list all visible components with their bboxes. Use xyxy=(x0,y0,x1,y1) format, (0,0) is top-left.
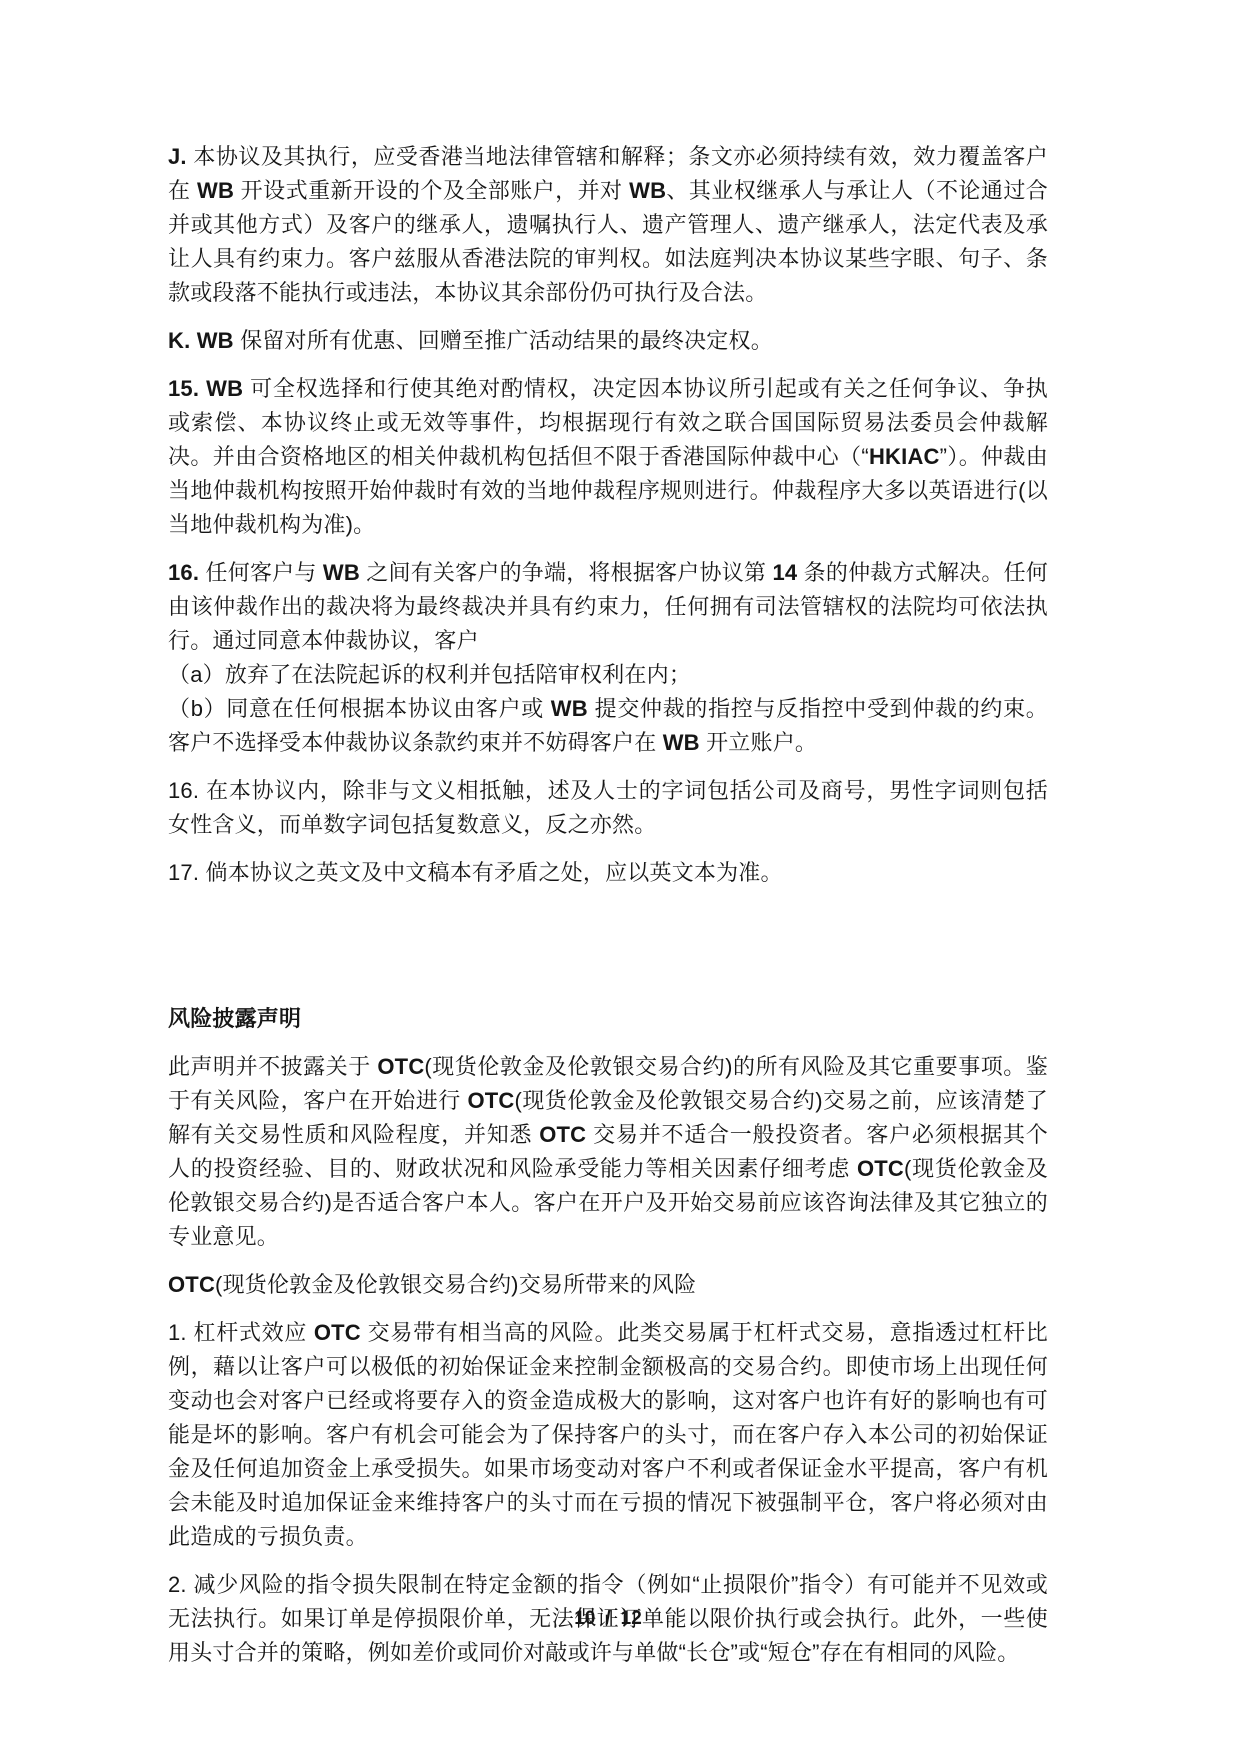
clause-16-dispute: 16. 任何客户与 WB 之间有关客户的争端，将根据客户协议第 14 条的仲裁方… xyxy=(168,556,1048,658)
page-number-total: 12 xyxy=(621,1608,642,1629)
text-run: 1. 杠杆式效应 OTC 交易带有相当高的风险。此类交易属于杠杆式交易，意指透过… xyxy=(168,1320,1048,1549)
page-number-current: 10 xyxy=(574,1608,595,1629)
text-run: K. xyxy=(168,328,190,353)
otc-risk-subheading: OTC(现货伦敦金及伦敦银交易合约)交易所带来的风险 xyxy=(168,1268,1048,1302)
clause-16-item-a: （a）放弃了在法院起诉的权利并包括陪审权利在内； xyxy=(168,658,1048,692)
text-run: WB 可全权选择和行使其绝对酌情权，决定因本协议所引起或有关之任何争议、争执或索… xyxy=(168,376,1048,537)
text-run: 风险披露声明 xyxy=(168,1006,301,1031)
clause-j: J. 本协议及其执行，应受香港当地法律管辖和解释；条文亦必须持续有效，效力覆盖客… xyxy=(168,140,1048,310)
text-run: 14 xyxy=(772,560,797,585)
text-run: 16. 在本协议内，除非与文义相抵触，述及人士的字词包括公司及商号，男性字词则包… xyxy=(168,778,1048,837)
risk-intro: 此声明并不披露关于 OTC(现货伦敦金及伦敦银交易合约)的所有风险及其它重要事项… xyxy=(168,1050,1048,1254)
clause-16-interpretation: 16. 在本协议内，除非与文义相抵触，述及人士的字词包括公司及商号，男性字词则包… xyxy=(168,774,1048,842)
text-run: 任何客户与 WB 之间有关客户的争端，将根据客户协议第 xyxy=(199,560,772,585)
page-footer: 10/12 xyxy=(168,1608,1048,1630)
text-run: 17. 倘本协议之英文及中文稿本有矛盾之处，应以英文本为准。 xyxy=(168,860,783,885)
document-content: J. 本协议及其执行，应受香港当地法律管辖和解释；条文亦必须持续有效，效力覆盖客… xyxy=(168,126,1048,1670)
text-run: 15. xyxy=(168,376,199,401)
text-run: （b）同意在任何根据本协议由客户或 WB 提交仲裁的指控与反指控中受到仲裁的约束… xyxy=(168,696,1048,755)
text-run: 此声明并不披露关于 OTC(现货伦敦金及伦敦银交易合约)的所有风险及其它重要事项… xyxy=(168,1054,1048,1249)
risk-disclosure-heading: 风险披露声明 xyxy=(168,1002,1048,1036)
text-run: J. xyxy=(168,144,187,169)
clause-k: K. WB 保留对所有优惠、回赠至推广活动结果的最终决定权。 xyxy=(168,324,1048,358)
text-run: WB 保留对所有优惠、回赠至推广活动结果的最终决定权。 xyxy=(190,328,773,353)
text-run: （a）放弃了在法院起诉的权利并包括陪审权利在内； xyxy=(168,662,691,687)
page-number-separator: / xyxy=(605,1608,610,1629)
text-run: 16. xyxy=(168,560,199,585)
text-run: 本协议及其执行，应受香港当地法律管辖和解释；条文亦必须持续有效，效力覆盖客户在 … xyxy=(168,144,1048,305)
clause-17-language: 17. 倘本协议之英文及中文稿本有矛盾之处，应以英文本为准。 xyxy=(168,856,1048,890)
clause-15-arbitration: 15. WB 可全权选择和行使其绝对酌情权，决定因本协议所引起或有关之任何争议、… xyxy=(168,372,1048,542)
text-run: OTC(现货伦敦金及伦敦银交易合约)交易所带来的风险 xyxy=(168,1272,696,1297)
risk-item-1-leverage: 1. 杠杆式效应 OTC 交易带有相当高的风险。此类交易属于杠杆式交易，意指透过… xyxy=(168,1316,1048,1554)
clause-16-item-b: （b）同意在任何根据本协议由客户或 WB 提交仲裁的指控与反指控中受到仲裁的约束… xyxy=(168,692,1048,760)
